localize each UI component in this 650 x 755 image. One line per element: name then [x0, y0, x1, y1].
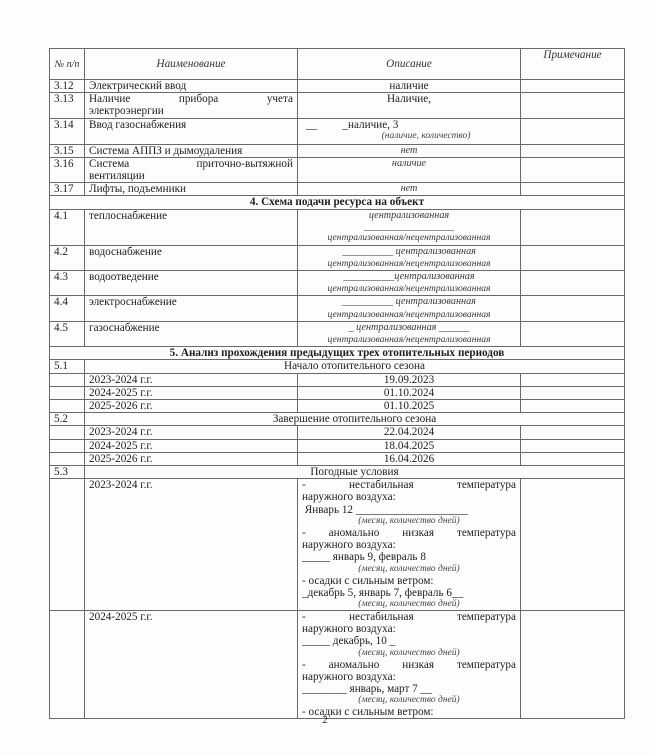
row-desc: __ _наличие, 3 (наличие, количество): [298, 118, 521, 144]
period: 2023-2024 г.г.: [85, 426, 298, 439]
header-num: № п/п: [50, 49, 85, 80]
table-row: 4.3 водоотведение __________централизова…: [50, 271, 625, 296]
period: 2025-2026 г.г.: [85, 452, 298, 465]
row-note: [521, 245, 625, 270]
header-note: Примечание: [521, 49, 625, 80]
table-row: 2025-2026 г.г. 16.04.2026: [50, 452, 625, 465]
row-name: Наличие прибора учетаэлектроэнергии: [85, 93, 298, 118]
header-description: Описание: [298, 49, 521, 80]
row-num: 3.17: [50, 183, 85, 196]
row-desc: нет: [298, 144, 521, 157]
unstable-label: - нестабильная температура: [302, 611, 516, 623]
row-note: [521, 400, 625, 413]
row-num: 5.1: [50, 360, 85, 373]
date: 01.10.2025: [298, 400, 521, 413]
supply-value: __________ централизованная: [302, 246, 516, 258]
table-row: 4.1 теплоснабжение централизованная ____…: [50, 209, 625, 245]
row-num: [50, 452, 85, 465]
table-row: 4.2 водоснабжение __________ централизов…: [50, 245, 625, 270]
period: 2024-2025 г.г.: [85, 386, 298, 399]
unstable-value: _____ декабрь, 10 _: [302, 635, 516, 647]
row-desc: наличие: [298, 157, 521, 182]
row-note: [521, 271, 625, 296]
row-desc: наличие: [298, 80, 521, 93]
table-row: 3.13 Наличие прибора учетаэлектроэнергии…: [50, 93, 625, 118]
table-row: 3.14 Ввод газоснабжения __ _наличие, 3 (…: [50, 118, 625, 144]
row-note: [521, 80, 625, 93]
subsection-row: 5.3 Погодные условия: [50, 466, 625, 479]
row-name: Лифты, подъемники: [85, 183, 298, 196]
row-num: 4.3: [50, 271, 85, 296]
low-value: ________ январь, март 7 __: [302, 683, 516, 695]
supply-value: __________централизованная: [302, 271, 516, 283]
row-name: газоснабжение: [85, 321, 298, 346]
period: 2023-2024 г.г.: [85, 479, 298, 611]
table-row: 4.4 электроснабжение __________ централи…: [50, 296, 625, 321]
row-note: [521, 386, 625, 399]
table-row: 4.5 газоснабжение _ централизованная ___…: [50, 321, 625, 346]
table-row: 2023-2024 г.г. 22.04.2024: [50, 426, 625, 439]
low-label: - аномально низкая температура: [302, 527, 516, 539]
hint: (месяц, количество дней): [302, 599, 516, 610]
date: 01.10.2024: [298, 386, 521, 399]
row-note: [521, 426, 625, 439]
row-desc: __________ централизованная централизова…: [298, 296, 521, 321]
subsection-row: 5.1 Начало отопительного сезона: [50, 360, 625, 373]
low-label: - аномально низкая температура: [302, 659, 516, 671]
row-note: [521, 373, 625, 386]
row-name: теплоснабжение: [85, 209, 298, 245]
row-num: [50, 400, 85, 413]
table-row: 3.15 Система АППЗ и дымоудаления нет: [50, 144, 625, 157]
supply-value: __________ централизованная: [302, 296, 516, 308]
row-num: 3.15: [50, 144, 85, 157]
gas-hint: (наличие, количество): [306, 131, 516, 142]
hint: (месяц, количество дней): [302, 516, 516, 527]
table-row: 2023-2024 г.г. 19.09.2023: [50, 373, 625, 386]
row-note: [521, 610, 625, 718]
table-row: 3.17 Лифты, подъемники нет: [50, 183, 625, 196]
row-num: 5.2: [50, 413, 85, 426]
row-name: Ввод газоснабжения: [85, 118, 298, 144]
row-note: [521, 118, 625, 144]
wind-label: - осадки с сильным ветром:: [302, 575, 516, 587]
row-num: 3.13: [50, 93, 85, 118]
date: 16.04.2026: [298, 452, 521, 465]
row-num: [50, 386, 85, 399]
supply-hint: централизованная/нецентрализованная: [302, 309, 516, 321]
section-5-title: 5. Анализ прохождения предыдущих трех от…: [50, 347, 625, 360]
row-name: водоотведение: [85, 271, 298, 296]
row-note: [521, 183, 625, 196]
row-num: 3.14: [50, 118, 85, 144]
row-desc: централизованная ____________________ це…: [298, 209, 521, 245]
row-note: [521, 93, 625, 118]
row-num: [50, 373, 85, 386]
row-note: [521, 296, 625, 321]
section-4-header: 4. Схема подачи ресурса на объект: [50, 196, 625, 209]
row-num: 5.3: [50, 466, 85, 479]
supply-hint: централизованная/нецентрализованная: [302, 232, 516, 244]
row-desc: __________централизованная централизован…: [298, 271, 521, 296]
supply-value: _ централизованная ______: [302, 322, 516, 334]
subsection-title: Завершение отопительного сезона: [85, 413, 625, 426]
period: 2024-2025 г.г.: [85, 610, 298, 718]
wind-value: _декабрь 5, январь 7, февраль 6__: [302, 587, 516, 599]
supply-hint: централизованная/нецентрализованная: [302, 283, 516, 295]
supply-hint: централизованная/нецентрализованная: [302, 258, 516, 270]
row-name: электроснабжение: [85, 296, 298, 321]
period: 2024-2025 г.г.: [85, 439, 298, 452]
header-name: Наименование: [85, 49, 298, 80]
gas-value: __ _наличие, 3: [306, 119, 398, 131]
row-num: 4.2: [50, 245, 85, 270]
subsection-title: Погодные условия: [85, 466, 625, 479]
supply-value: централизованная: [302, 210, 516, 222]
section-4-title: 4. Схема подачи ресурса на объект: [50, 196, 625, 209]
row-desc: __________ централизованная централизова…: [298, 245, 521, 270]
air-label: наружного воздуха:: [302, 671, 516, 683]
air-label: наружного воздуха:: [302, 623, 516, 635]
page-number: 2: [0, 714, 650, 726]
table-row: 2024-2025 г.г. 18.04.2025: [50, 439, 625, 452]
air-label: наружного воздуха:: [302, 491, 516, 503]
weather-desc: - нестабильная температура наружного воз…: [298, 479, 521, 611]
row-note: [521, 479, 625, 611]
row-name: Система АППЗ и дымоудаления: [85, 144, 298, 157]
row-name: водоснабжение: [85, 245, 298, 270]
hint: (месяц, количество дней): [302, 695, 516, 706]
section-5-header: 5. Анализ прохождения предыдущих трех от…: [50, 347, 625, 360]
supply-blank: ____________________: [302, 222, 516, 232]
row-num: [50, 439, 85, 452]
row-num: [50, 426, 85, 439]
row-note: [521, 452, 625, 465]
row-num: 4.1: [50, 209, 85, 245]
row-num: [50, 610, 85, 718]
unstable-value: Январь 12 ____________________: [302, 504, 516, 516]
weather-desc: - нестабильная температура наружного воз…: [298, 610, 521, 718]
table-row: 3.12 Электрический ввод наличие: [50, 80, 625, 93]
period: 2023-2024 г.г.: [85, 373, 298, 386]
unstable-label: - нестабильная температура: [302, 479, 516, 491]
low-value: _____ январь 9, февраль 8: [302, 551, 516, 563]
period: 2025-2026 г.г.: [85, 400, 298, 413]
date: 19.09.2023: [298, 373, 521, 386]
row-desc: _ централизованная ______ централизованн…: [298, 321, 521, 346]
row-note: [521, 157, 625, 182]
supply-hint: централизованная/нецентрализованная: [302, 334, 516, 346]
subsection-row: 5.2 Завершение отопительного сезона: [50, 413, 625, 426]
table-header-row: № п/п Наименование Описание Примечание: [50, 49, 625, 80]
row-note: [521, 209, 625, 245]
row-note: [521, 439, 625, 452]
date: 18.04.2025: [298, 439, 521, 452]
table-row: 2025-2026 г.г. 01.10.2025: [50, 400, 625, 413]
row-desc: Наличие,: [298, 93, 521, 118]
row-num: [50, 479, 85, 611]
row-note: [521, 144, 625, 157]
row-num: 3.12: [50, 80, 85, 93]
date: 22.04.2024: [298, 426, 521, 439]
hint: (месяц, количество дней): [302, 648, 516, 659]
row-num: 4.5: [50, 321, 85, 346]
table-row: 3.16 Система приточно-вытяжнойвентиляции…: [50, 157, 625, 182]
weather-row: 2024-2025 г.г. - нестабильная температур…: [50, 610, 625, 718]
row-desc: нет: [298, 183, 521, 196]
row-num: 4.4: [50, 296, 85, 321]
subsection-title: Начало отопительного сезона: [85, 360, 625, 373]
row-num: 3.16: [50, 157, 85, 182]
air-label: наружного воздуха:: [302, 539, 516, 551]
row-name-cont: электроэнергии: [89, 105, 164, 117]
row-name: Система приточно-вытяжнойвентиляции: [85, 157, 298, 182]
weather-row: 2023-2024 г.г. - нестабильная температур…: [50, 479, 625, 611]
table-row: 2024-2025 г.г. 01.10.2024: [50, 386, 625, 399]
hint: (месяц, количество дней): [302, 564, 516, 575]
row-note: [521, 321, 625, 346]
inspection-table: № п/п Наименование Описание Примечание 3…: [49, 48, 625, 719]
row-name: Электрический ввод: [85, 80, 298, 93]
